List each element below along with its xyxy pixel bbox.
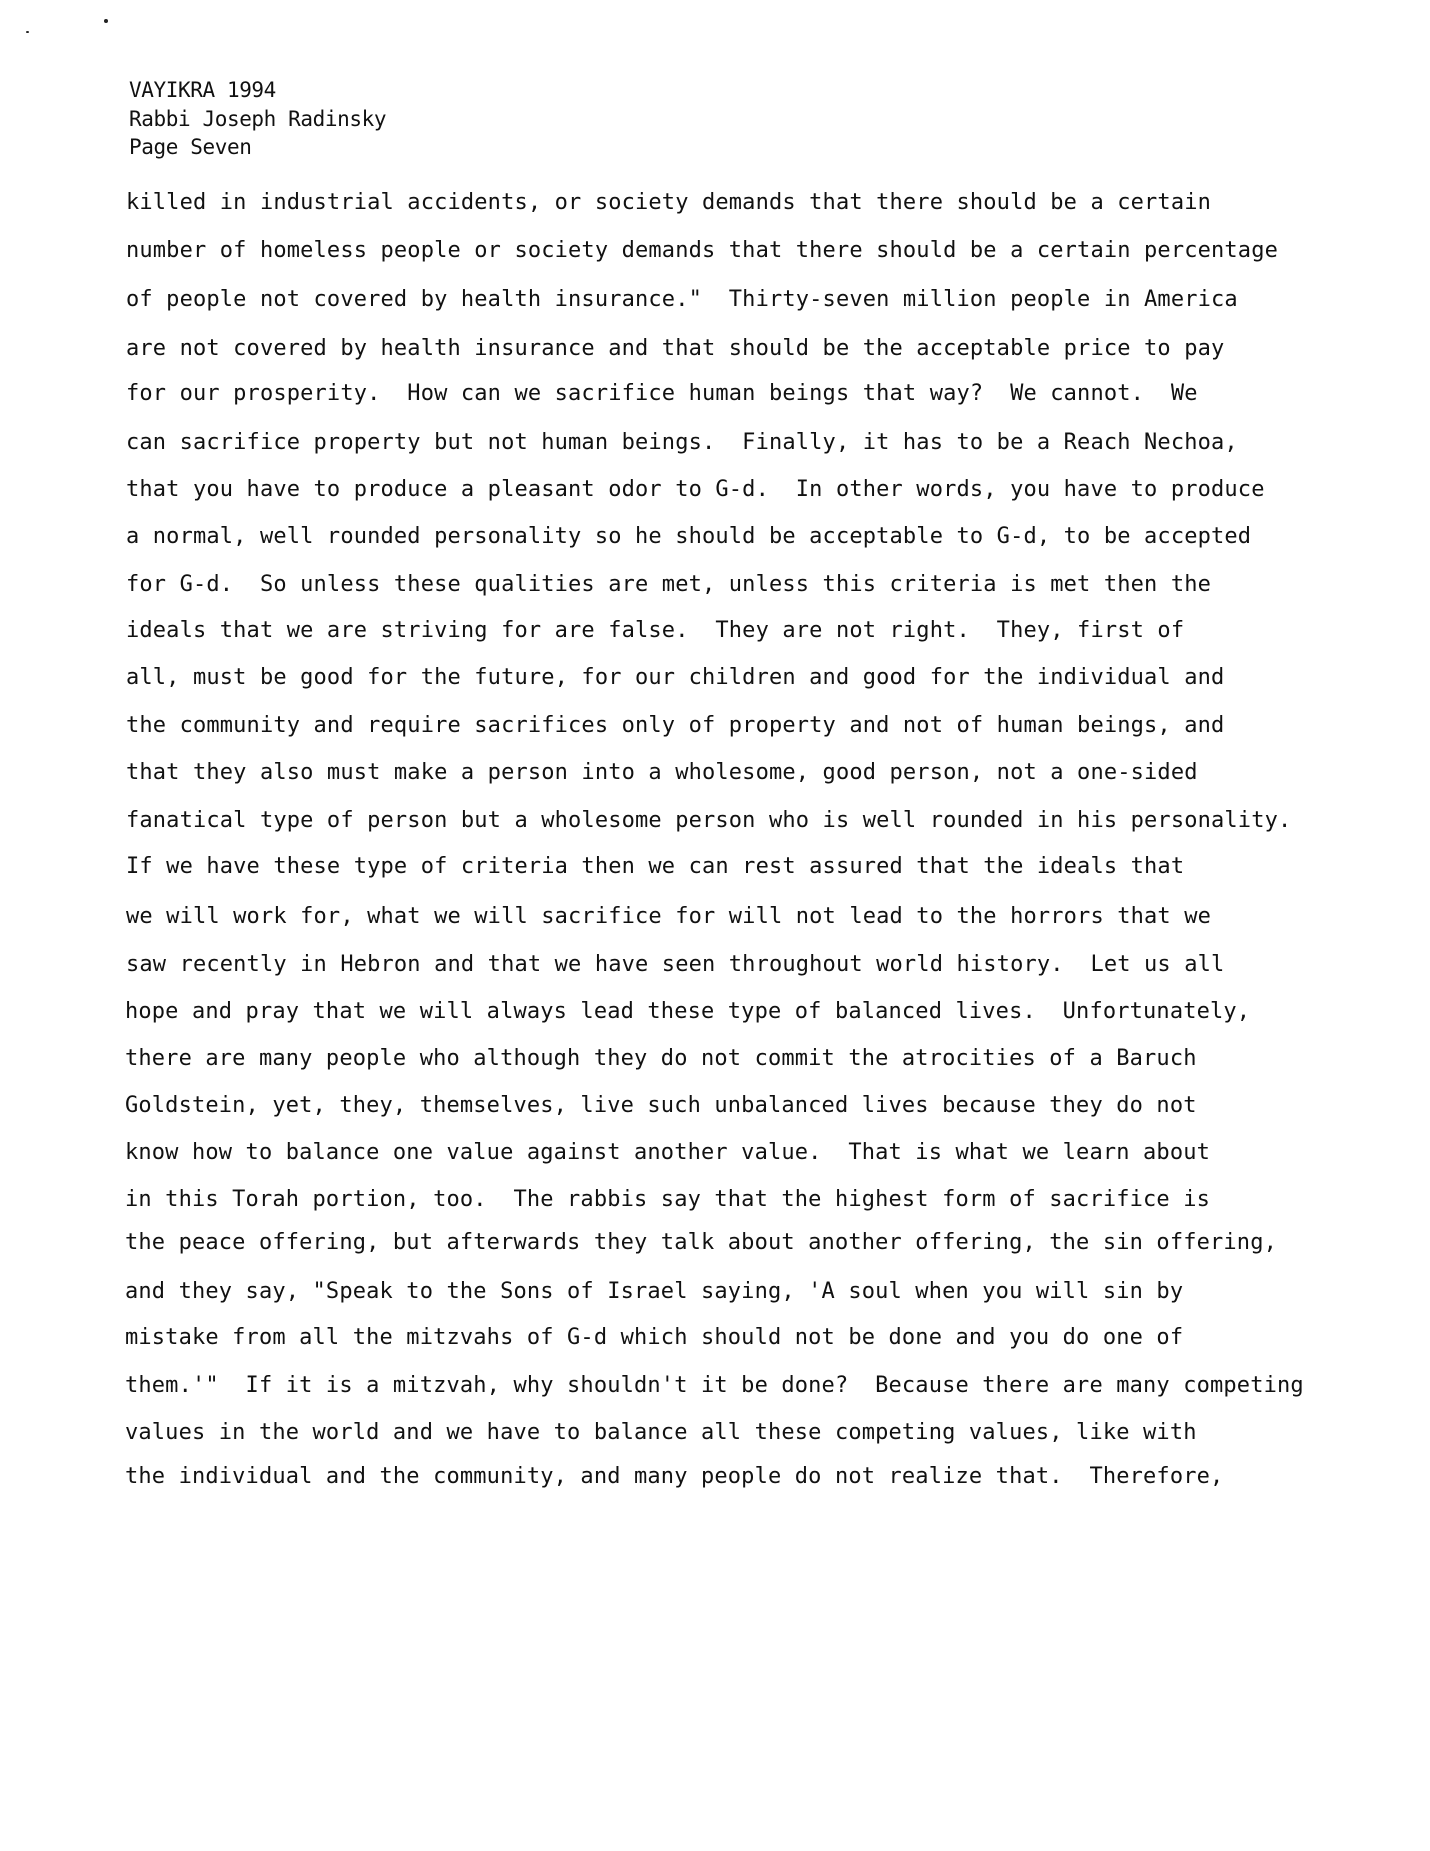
text-line: in this Torah portion, too. The rabbis s… <box>125 1187 1210 1213</box>
text-line: there are many people who although they … <box>125 1046 1197 1072</box>
text-line: the community and require sacrifices onl… <box>126 713 1224 739</box>
text-line: the individual and the community, and ma… <box>125 1464 1223 1490</box>
text-line: that you have to produce a pleasant odor… <box>126 477 1265 503</box>
text-line: know how to balance one value against an… <box>125 1140 1210 1166</box>
text-line: them.'" If it is a mitzvah, why shouldn'… <box>125 1373 1304 1399</box>
text-line: for G-d. So unless these qualities are m… <box>126 572 1211 598</box>
text-line: If we have these type of criteria then w… <box>126 854 1184 880</box>
text-line: the peace offering, but afterwards they … <box>125 1230 1277 1256</box>
text-line: can sacrifice property but not human bei… <box>126 430 1238 456</box>
text-line: that they also must make a person into a… <box>126 760 1198 786</box>
scan-speck <box>104 19 108 23</box>
text-line: a normal, well rounded personality so he… <box>126 524 1251 550</box>
page-label: Page Seven <box>129 133 386 162</box>
text-line: killed in industrial accidents, or socie… <box>126 190 1211 216</box>
text-line: are not covered by health insurance and … <box>126 336 1224 362</box>
document-author: Rabbi Joseph Radinsky <box>129 105 386 134</box>
text-line: Goldstein, yet, they, themselves, live s… <box>125 1093 1197 1119</box>
scan-speck <box>26 31 29 33</box>
text-line: for our prosperity. How can we sacrifice… <box>126 381 1198 407</box>
text-line: hope and pray that we will always lead t… <box>125 999 1250 1025</box>
text-line: fanatical type of person but a wholesome… <box>126 808 1291 834</box>
document-title: VAYIKRA 1994 <box>129 76 386 105</box>
text-line: saw recently in Hebron and that we have … <box>126 952 1224 978</box>
text-line: we will work for, what we will sacrifice… <box>126 904 1211 930</box>
text-line: and they say, "Speak to the Sons of Isra… <box>125 1279 1183 1305</box>
text-line: ideals that we are striving for are fals… <box>126 618 1184 644</box>
text-line: mistake from all the mitzvahs of G-d whi… <box>125 1325 1183 1351</box>
text-line: values in the world and we have to balan… <box>125 1420 1197 1446</box>
text-line: all, must be good for the future, for ou… <box>126 665 1224 691</box>
text-line: of people not covered by health insuranc… <box>126 287 1238 313</box>
document-header: VAYIKRA 1994 Rabbi Joseph Radinsky Page … <box>129 76 386 162</box>
text-line: number of homeless people or society dem… <box>126 238 1278 264</box>
